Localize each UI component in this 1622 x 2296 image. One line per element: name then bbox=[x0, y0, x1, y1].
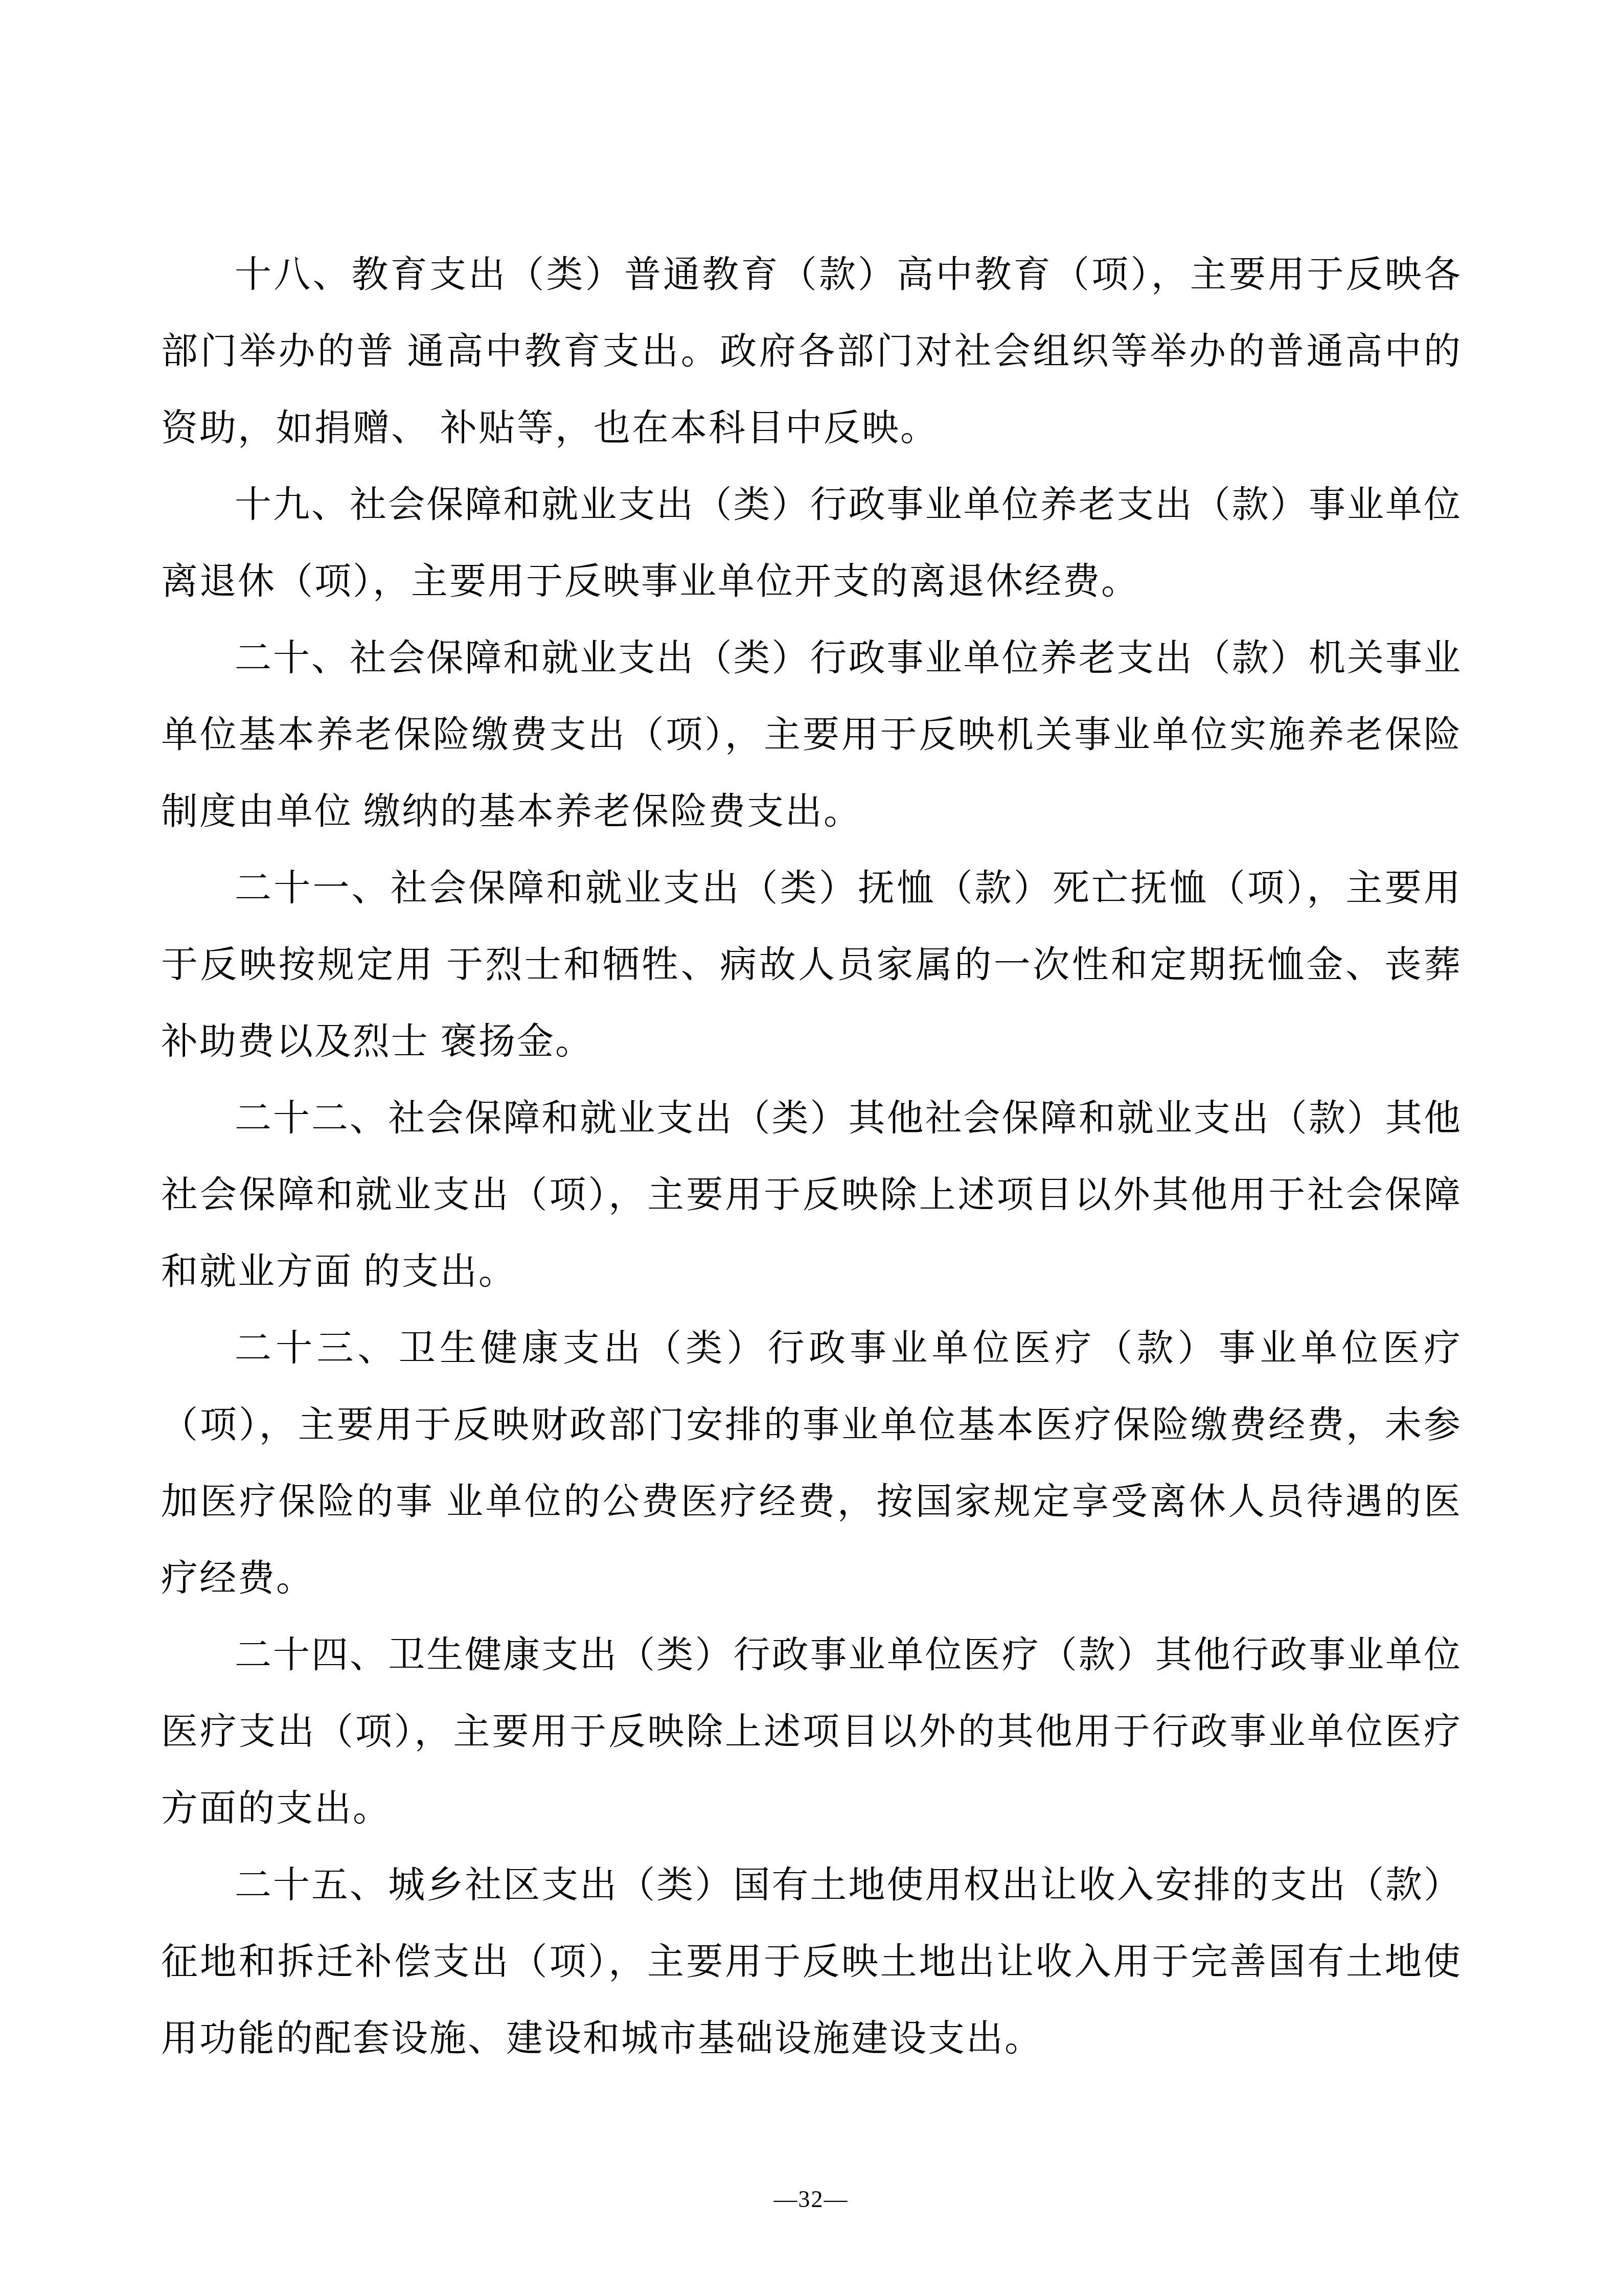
paragraph-item-20: 二十、社会保障和就业支出（类）行政事业单位养老支出（款）机关事业单位基本养老保险… bbox=[161, 620, 1462, 850]
document-body: 十八、教育支出（类）普通教育（款）高中教育（项），主要用于反映各部门举办的普 通… bbox=[161, 236, 1462, 2077]
paragraph-item-19: 十九、社会保障和就业支出（类）行政事业单位养老支出（款）事业单位离退休（项），主… bbox=[161, 466, 1462, 620]
document-page: 十八、教育支出（类）普通教育（款）高中教育（项），主要用于反映各部门举办的普 通… bbox=[0, 0, 1622, 2296]
paragraph-item-25: 二十五、城乡社区支出（类）国有土地使用权出让收入安排的支出（款）征地和拆迁补偿支… bbox=[161, 1847, 1462, 2077]
paragraph-item-22: 二十二、社会保障和就业支出（类）其他社会保障和就业支出（款）其他社会保障和就业支… bbox=[161, 1080, 1462, 1310]
paragraph-item-18: 十八、教育支出（类）普通教育（款）高中教育（项），主要用于反映各部门举办的普 通… bbox=[161, 236, 1462, 466]
paragraph-item-24: 二十四、卫生健康支出（类）行政事业单位医疗（款）其他行政事业单位医疗支出（项），… bbox=[161, 1617, 1462, 1847]
paragraph-item-23: 二十三、卫生健康支出（类）行政事业单位医疗（款）事业单位医疗（项），主要用于反映… bbox=[161, 1310, 1462, 1617]
page-number: —32— bbox=[0, 2184, 1622, 2215]
paragraph-item-21: 二十一、社会保障和就业支出（类）抚恤（款）死亡抚恤（项），主要用于反映按规定用 … bbox=[161, 850, 1462, 1080]
